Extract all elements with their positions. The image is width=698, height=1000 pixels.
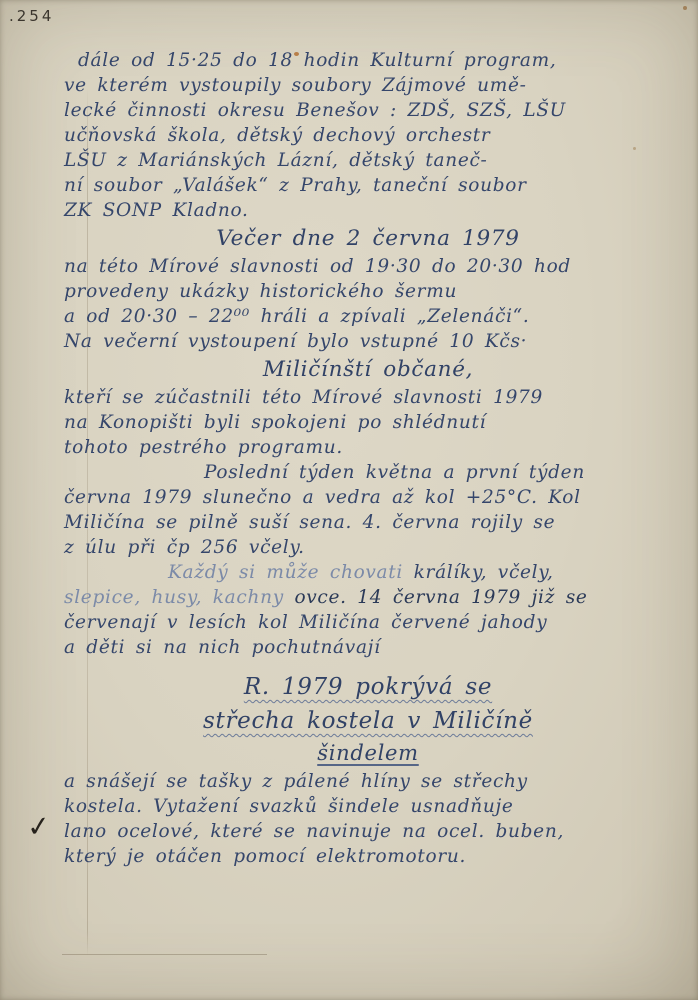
page-number: .254 — [9, 7, 54, 25]
wavy-underlined-text: střecha kostela v Miličíně — [203, 708, 533, 734]
section-heading-roof-line1: R. 1979 pokrývá se — [64, 670, 672, 704]
section-heading-roof-line2: střecha kostela v Miličíně — [64, 704, 672, 738]
text-line: lecké činnosti okresu Benešov : ZDŠ, SZŠ… — [64, 98, 672, 123]
text-line: na Konopišti byli spokojeni po shlédnutí — [64, 410, 672, 435]
section-heading-roof-line3: šindelem — [64, 738, 672, 769]
text-line: ve kterém vystoupily soubory Zájmové umě… — [64, 73, 672, 98]
text-line: slepice, husy, kachny ovce. 14 června 19… — [64, 585, 672, 610]
text-line: ZK SONP Kladno. — [64, 198, 672, 223]
text-segment: králíky, včely, — [403, 562, 554, 583]
text-line: na této Mírové slavnosti od 19·30 do 20·… — [64, 254, 672, 279]
section-heading-evening: Večer dne 2 června 1979 — [64, 223, 672, 254]
text-line: a děti si na nich pochutnávají — [64, 635, 672, 660]
text-line: a od 20·30 – 22⁰⁰ hráli a zpívali „Zelen… — [64, 304, 672, 329]
text-line: lano ocelové, které se navinuje na ocel.… — [64, 819, 672, 844]
bottom-margin-line — [62, 954, 267, 955]
text-segment-inserted: ovce. 14 června 1979 již se — [294, 587, 587, 608]
paper-stain-speck — [683, 6, 687, 10]
text-line: kteří se zúčastnili této Mírové slavnost… — [64, 385, 672, 410]
text-line: LŠU z Mariánských Lázní, dětský taneč- — [64, 148, 672, 173]
text-line: tohoto pestrého programu. — [64, 435, 672, 460]
text-line: červenají v lesích kol Miličína červené … — [64, 610, 672, 635]
text-line: učňovská škola, dětský dechový orchestr — [64, 123, 672, 148]
scanned-chronicle-page: .254 ✓ dále od 15·25 do 18 hodin Kulturn… — [0, 0, 698, 1000]
text-line: Miličína se pilně suší sena. 4. června r… — [64, 510, 672, 535]
text-line: června 1979 slunečno a vedra až kol +25°… — [64, 485, 672, 510]
wavy-underlined-text: R. 1979 pokrývá se — [244, 674, 492, 700]
section-heading-citizens: Miličínští občané, — [64, 354, 672, 385]
text-line: který je otáčen pomocí elektromotoru. — [64, 844, 672, 869]
handwritten-content: dále od 15·25 do 18 hodin Kulturní progr… — [64, 48, 672, 869]
text-line: kostela. Vytažení svazků šindele usnadňu… — [64, 794, 672, 819]
text-line: Na večerní vystoupení bylo vstupné 10 Kč… — [64, 329, 672, 354]
text-line: Každý si může chovati králíky, včely, — [168, 560, 672, 585]
text-line: Poslední týden května a první týden — [204, 460, 672, 485]
checkmark-icon: ✓ — [25, 809, 52, 844]
text-line: dále od 15·25 do 18 hodin Kulturní progr… — [64, 48, 672, 73]
text-line: a snášejí se tašky z pálené hlíny se stř… — [64, 769, 672, 794]
text-segment-faded: Každý si může chovati — [168, 562, 403, 583]
text-line: provedeny ukázky historického šermu — [64, 279, 672, 304]
text-line: z úlu při čp 256 včely. — [64, 535, 672, 560]
underlined-text: šindelem — [317, 741, 419, 765]
text-line: ní soubor „Valášek“ z Prahy, taneční sou… — [64, 173, 672, 198]
text-segment-faded: slepice, husy, kachny — [64, 587, 294, 608]
